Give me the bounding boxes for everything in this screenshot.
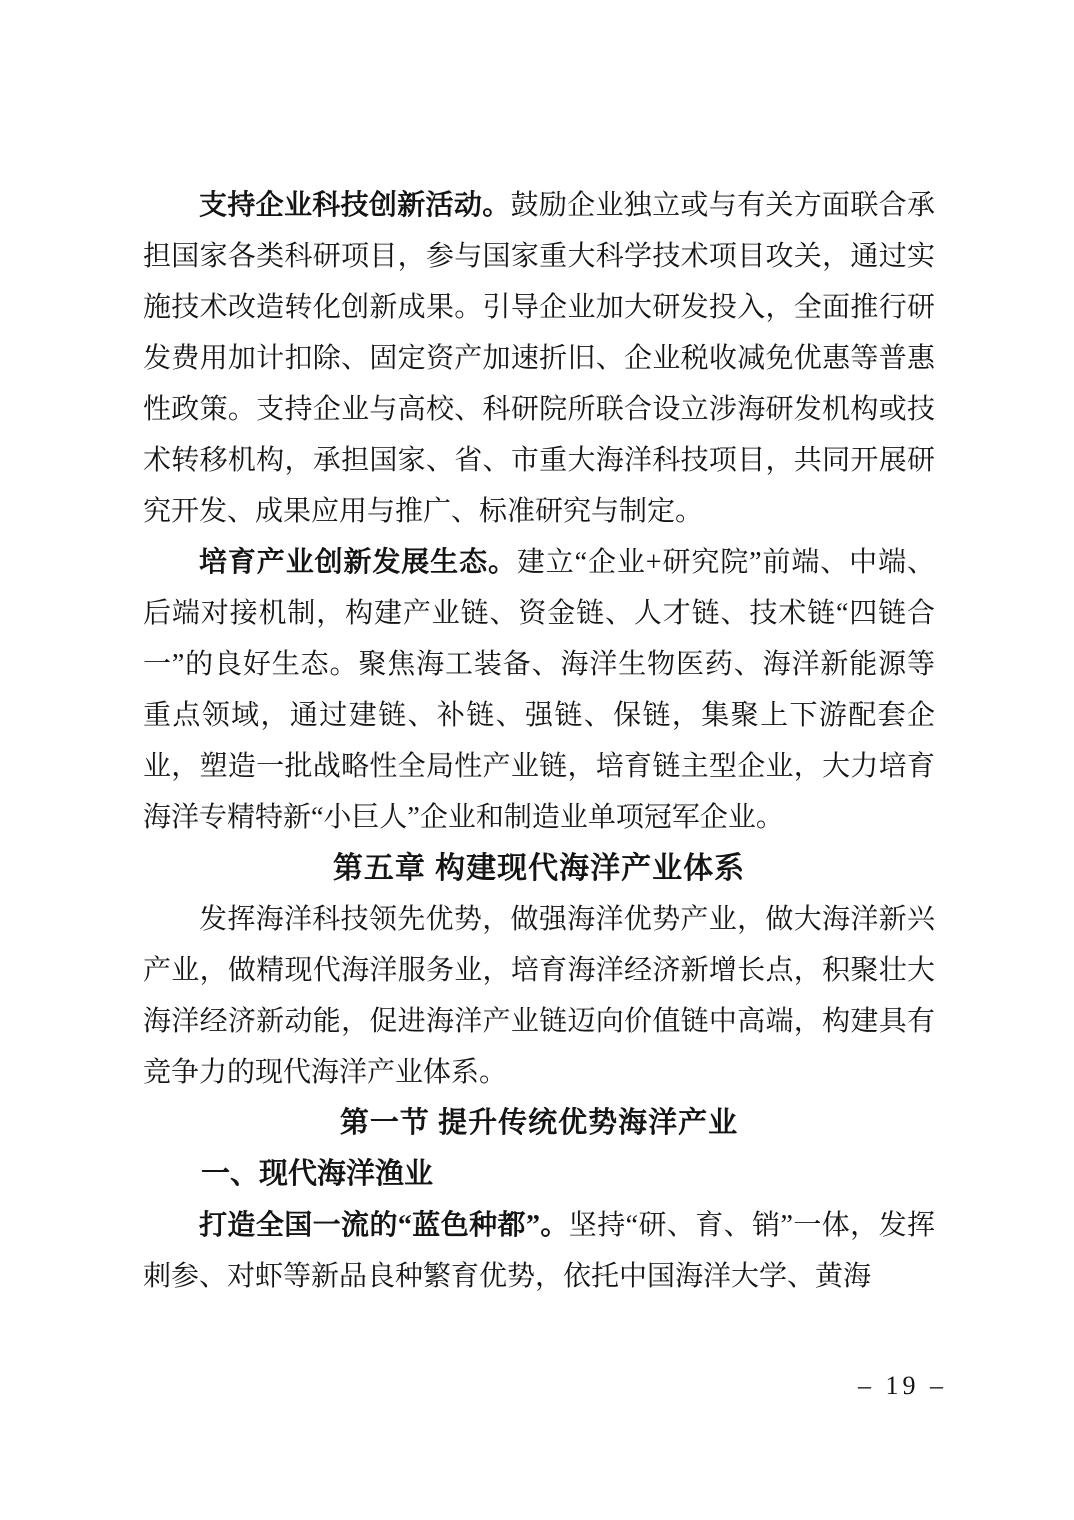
page-number: – 19 – <box>858 1368 947 1404</box>
paragraph-lead: 培育产业创新发展生态。 <box>199 547 517 578</box>
document-body: 支持企业科技创新活动。鼓励企业独立或与有关方面联合承担国家各类科研项目，参与国家… <box>143 180 935 1302</box>
paragraph-lead: 支持企业科技创新活动。 <box>199 190 511 221</box>
paragraph-text: 鼓励企业独立或与有关方面联合承担国家各类科研项目，参与国家重大科学技术项目攻关，… <box>143 190 935 527</box>
document-page: 支持企业科技创新活动。鼓励企业独立或与有关方面联合承担国家各类科研项目，参与国家… <box>0 0 1074 1520</box>
chapter-heading: 第五章 构建现代海洋产业体系 <box>143 843 935 894</box>
paragraph-blue-seed-capital: 打造全国一流的“蓝色种都”。坚持“研、育、销”一体，发挥刺参、对虾等新品良种繁育… <box>143 1200 935 1302</box>
paragraph-text: 建立“企业+研究院”前端、中端、后端对接机制，构建产业链、资金链、人才链、技术链… <box>143 547 935 833</box>
subsection-heading: 一、现代海洋渔业 <box>143 1149 935 1200</box>
paragraph-chapter-intro: 发挥海洋科技领先优势，做强海洋优势产业，做大海洋新兴产业，做精现代海洋服务业，培… <box>143 894 935 1098</box>
paragraph-lead: 打造全国一流的“蓝色种都”。 <box>199 1210 569 1241</box>
paragraph-support-enterprise-innovation: 支持企业科技创新活动。鼓励企业独立或与有关方面联合承担国家各类科研项目，参与国家… <box>143 180 935 537</box>
paragraph-cultivate-innovation-ecosystem: 培育产业创新发展生态。建立“企业+研究院”前端、中端、后端对接机制，构建产业链、… <box>143 537 935 843</box>
section-heading: 第一节 提升传统优势海洋产业 <box>143 1098 935 1149</box>
